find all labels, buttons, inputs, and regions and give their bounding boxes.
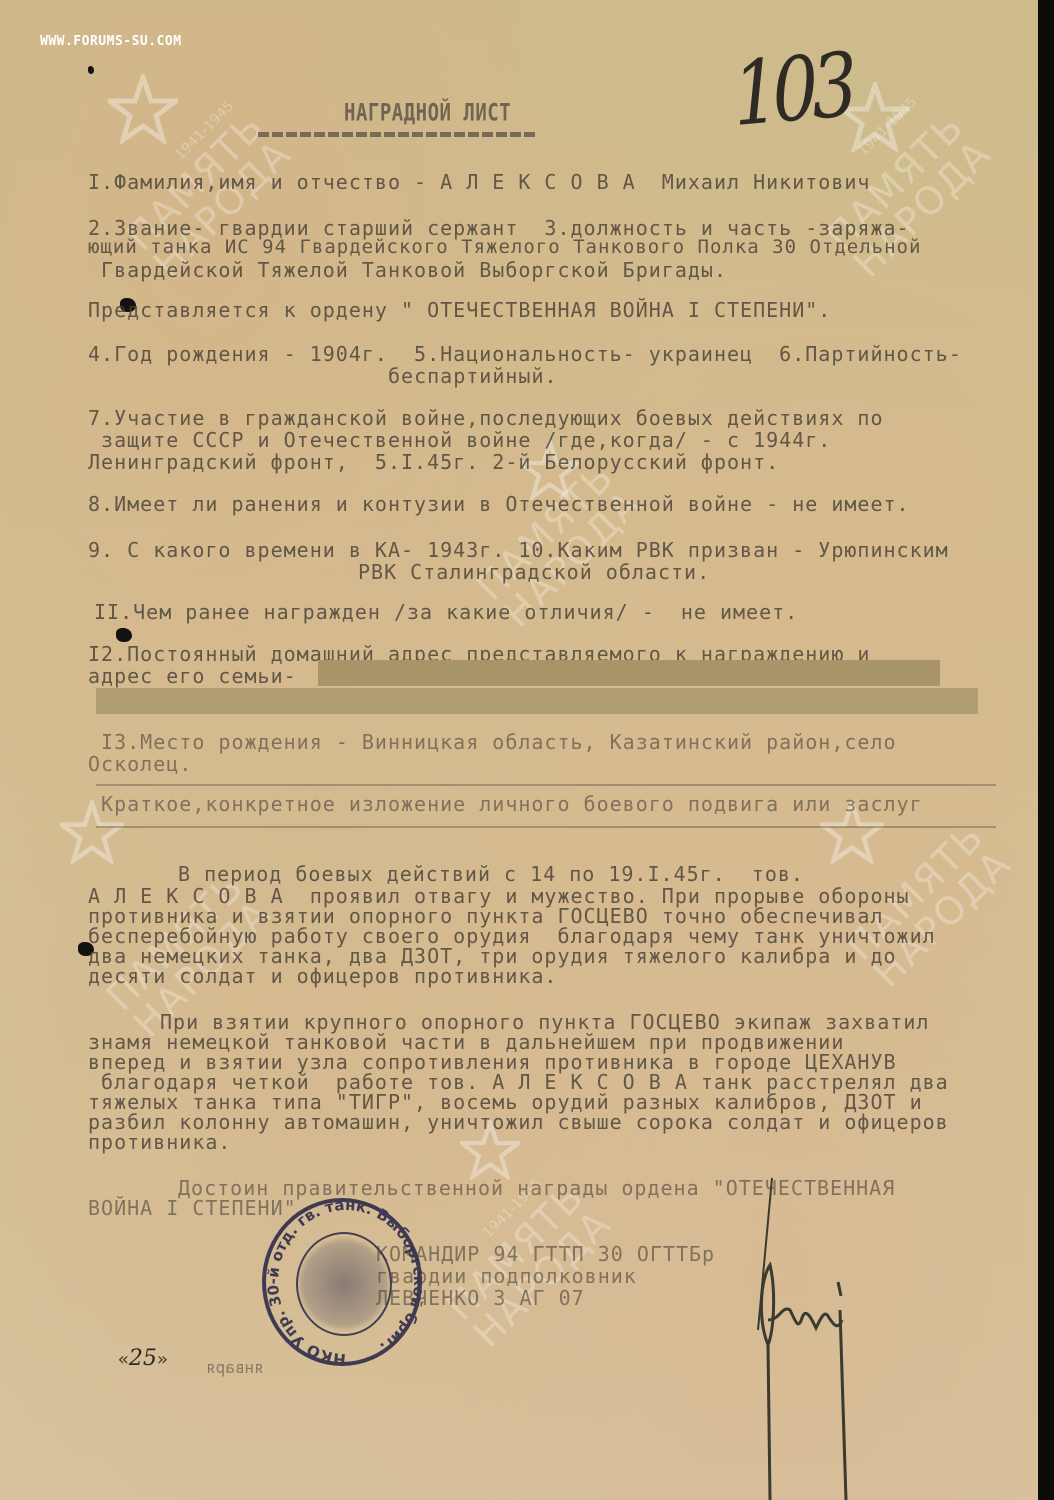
field-birth-nationality-party: беспартийный. — [388, 364, 558, 388]
punch-hole — [88, 66, 94, 74]
field-birthplace: I3.Место рождения - Винницкая область, К… — [88, 730, 897, 754]
field-rank-position: Гвардейской Тяжелой Танковой Выборгской … — [88, 258, 727, 282]
field-previous-awards: II.Чем ранее награжден /за какие отличия… — [94, 600, 798, 624]
punch-hole — [116, 628, 132, 642]
site-watermark: WWW.FORUMS-SU.COM — [40, 34, 182, 49]
document-scan: ПАМЯТЬНАРОДА 1941-1945 ПАМЯТЬНАРОДА 1941… — [0, 0, 1046, 1500]
narrative-text: В период боевых действий с 14 по 19.I.45… — [178, 862, 804, 886]
field-wounds: 8.Имеет ли ранения и контузии в Отечеств… — [88, 492, 910, 516]
section-header: Краткое,конкретное изложение личного бое… — [88, 792, 923, 816]
field-army-since-conscripted: 9. С какого времени в КА- 1943г. 10.Каки… — [88, 538, 949, 562]
section-rule — [96, 826, 996, 828]
field-war-participation: защите СССР и Отечественной войне /где,к… — [88, 428, 831, 452]
signatory-title: КОМАНДИР 94 ГТТП 30 ОГТТБр — [376, 1242, 715, 1266]
address-redaction — [318, 660, 940, 686]
narrative-text: противника. — [88, 1130, 231, 1154]
svg-text:НКО Упр. 30-й отд. гв. танк. В: НКО Упр. 30-й отд. гв. танк. Выборгской … — [266, 1202, 426, 1368]
field-war-participation: Ленинградский фронт, 5.I.45г. 2-й Белору… — [88, 450, 779, 474]
handwritten-signature — [740, 1170, 870, 1500]
seal-ring-text: НКО Упр. 30-й отд. гв. танк. Выборгской … — [266, 1202, 426, 1370]
field-full-name: I.Фамилия,имя и отчество - А Л Е К С О В… — [88, 170, 870, 194]
date-day: «25» — [118, 1346, 168, 1371]
section-rule — [96, 784, 996, 786]
field-home-address: адрес его семьи- — [88, 664, 297, 688]
field-birthplace: Осколец. — [88, 752, 192, 776]
watermark-star-icon — [108, 74, 178, 144]
field-war-participation: 7.Участие в гражданской войне,последующи… — [88, 406, 884, 430]
document-title: НАГРАДНОЙ ЛИСТ — [344, 99, 511, 127]
official-seal: НКО Упр. 30-й отд. гв. танк. Выборгской … — [262, 1198, 422, 1366]
nomination-line: Представляется к ордену " ОТЕЧЕСТВЕННАЯ … — [88, 298, 831, 322]
field-army-since-conscripted: РВК Сталинградской области. — [358, 560, 710, 584]
title-underline — [258, 132, 536, 137]
scan-edge — [1044, 0, 1054, 1500]
field-birth-nationality-party: 4.Год рождения - 1904г. 5.Национальность… — [88, 342, 962, 366]
field-rank-position: ющий танка ИС 94 Гвардейского Тяжелого Т… — [88, 236, 921, 258]
handwritten-sheet-number: 103 — [730, 33, 854, 146]
date-month: января — [206, 1358, 264, 1377]
address-redaction — [96, 688, 978, 714]
narrative-text: десяти солдат и офицеров противника. — [88, 964, 557, 988]
